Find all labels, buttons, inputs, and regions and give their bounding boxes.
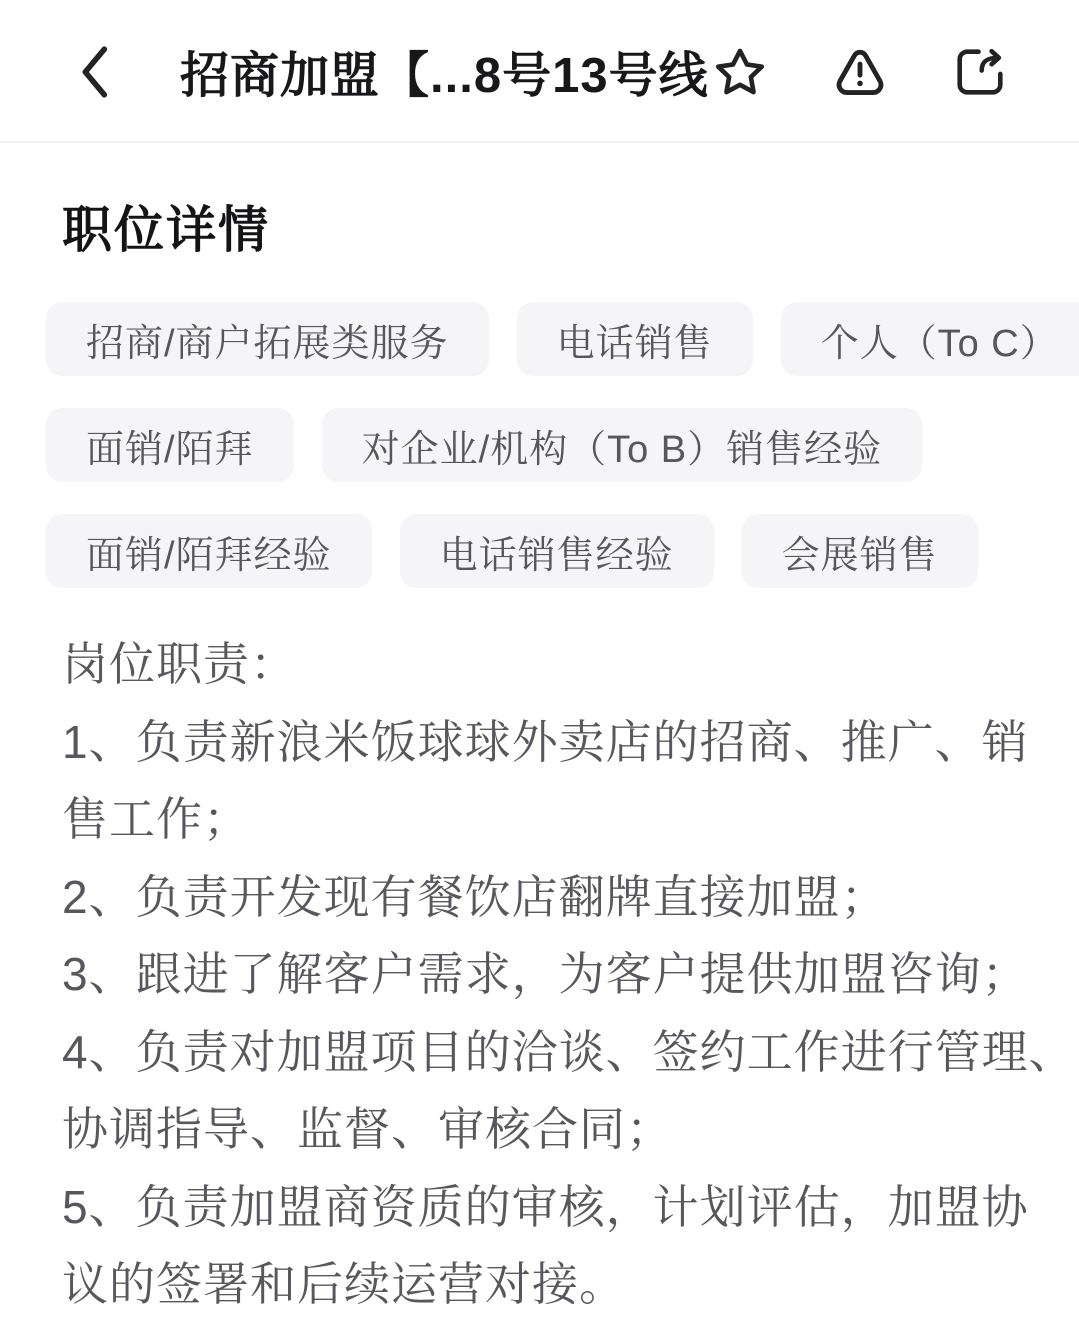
description-line: 协调指导、监督、审核合同； [62, 1091, 1039, 1169]
page-title: 职位详情 [62, 203, 1079, 257]
job-tag: 对企业/机构（To B）销售经验 [322, 408, 923, 482]
tag-row: 面销/陌拜 对企业/机构（To B）销售经验 [46, 408, 1079, 482]
nav-title: 招商加盟【...8号13号线 [180, 0, 709, 143]
description-line: 3、跟进了解客户需求，为客户提供加盟咨询； [62, 936, 1039, 1014]
nav-actions [711, 0, 1009, 143]
description-line: 1、负责新浪米饭球球外卖店的招商、推广、销 [62, 704, 1039, 782]
job-tag: 面销/陌拜经验 [46, 514, 372, 588]
job-description: 岗位职责： 1、负责新浪米饭球球外卖店的招商、推广、销 售工作； 2、负责开发现… [62, 626, 1039, 1324]
job-tags: 招商/商户拓展类服务 电话销售 个人（To C） 面销/陌拜 对企业/机构（To… [46, 302, 1079, 588]
report-button[interactable] [831, 43, 889, 101]
chevron-left-icon [75, 43, 113, 101]
star-icon [711, 43, 769, 101]
description-line: 岗位职责： [62, 626, 1039, 704]
job-tag: 个人（To C） [781, 302, 1079, 376]
navbar: 招商加盟【...8号13号线 [0, 0, 1079, 143]
job-tag: 招商/商户拓展类服务 [46, 302, 489, 376]
share-icon [951, 43, 1009, 101]
favorite-button[interactable] [711, 43, 769, 101]
job-tag: 电话销售 [517, 302, 753, 376]
warning-triangle-icon [831, 43, 889, 101]
description-line: 5、负责加盟商资质的审核，计划评估，加盟协 [62, 1169, 1039, 1247]
description-line: 议的签署和后续运营对接。 [62, 1246, 1039, 1324]
tag-row: 面销/陌拜经验 电话销售经验 会展销售 [46, 514, 1079, 588]
job-tag: 电话销售经验 [400, 514, 714, 588]
job-detail-section: 职位详情 招商/商户拓展类服务 电话销售 个人（To C） 面销/陌拜 对企业/… [0, 203, 1079, 1324]
description-line: 4、负责对加盟项目的洽谈、签约工作进行管理、 [62, 1014, 1039, 1092]
job-tag: 会展销售 [742, 514, 978, 588]
back-button[interactable] [68, 38, 120, 106]
share-button[interactable] [951, 43, 1009, 101]
job-tag: 面销/陌拜 [46, 408, 294, 482]
description-line: 售工作； [62, 781, 1039, 859]
description-line: 2、负责开发现有餐饮店翻牌直接加盟； [62, 859, 1039, 937]
tag-row: 招商/商户拓展类服务 电话销售 个人（To C） [46, 302, 1079, 376]
